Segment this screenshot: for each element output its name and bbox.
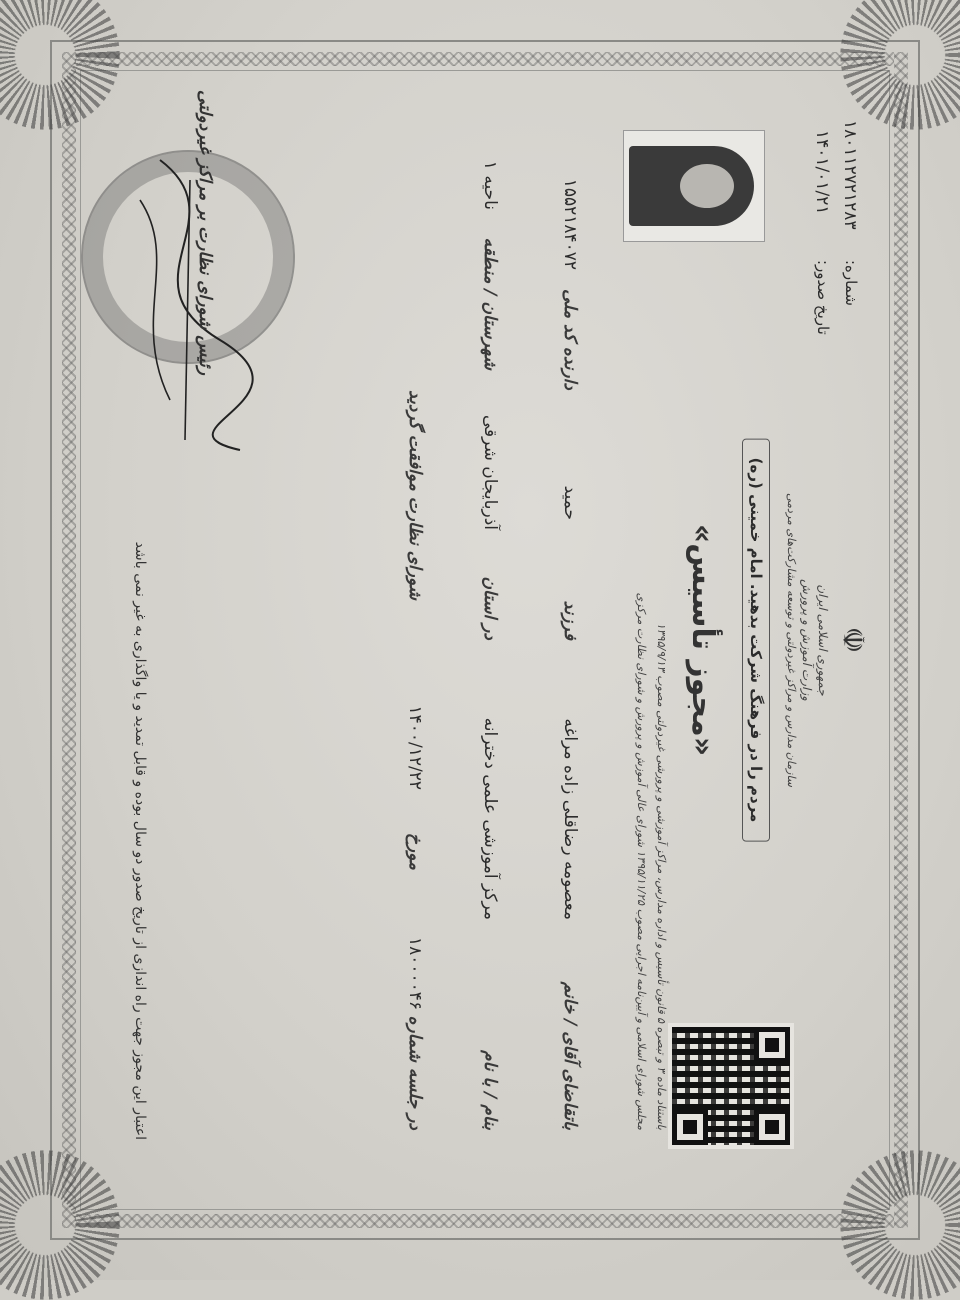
legal-text-line: باستناد ماده ۳ و تبصره ۵ قانون تأسیس و ا…	[655, 150, 668, 1130]
national-code: ۱۵۵۲۱۸۴۰۷۲	[560, 179, 580, 270]
center-name-label: بنام / با نام	[480, 1050, 500, 1130]
validity-footer: اعتبار این مجوز جهت راه اندازی از تاریخ …	[132, 140, 148, 1140]
city-label: شهرستان / منطقه	[480, 238, 500, 370]
qr-code-icon	[672, 1027, 790, 1145]
number-label: شماره:	[842, 260, 860, 306]
certificate-page: ☫ جمهوری اسلامی ایران وزارت آموزش و پرور…	[0, 0, 960, 1280]
applicant-name: معصومه رضاقلی زاده مراغه	[560, 718, 580, 920]
meeting-date: ۱۴۰۰/۱۲/۲۲	[405, 705, 425, 790]
location-row: بنام / با نام مرکز آموزشی علمی دخترانه د…	[464, 120, 500, 1160]
center-name: مرکز آموزشی علمی دخترانه	[480, 718, 500, 920]
meeting-row: در جلسه شماره ۱۸۰۰۰۰۴۶ مورخ ۱۴۰۰/۱۲/۲۲ ش…	[389, 120, 425, 1160]
issue-date: ۱۴۰۱/۰۱/۲۱	[812, 130, 832, 215]
meeting-number: ۱۸۰۰۰۰۴۶	[405, 937, 425, 1010]
province: آذربایجان شرقی	[480, 415, 500, 530]
child-of-label: فرزند	[560, 601, 580, 640]
approval-text: شورای نظارت موافقت گردید	[405, 390, 425, 600]
father-name: حمید	[560, 486, 580, 520]
city: ناحیه ۱	[480, 161, 500, 210]
certificate-number: ۱۸۰۱۱۲۷۲۱۲۸۳	[840, 120, 860, 230]
applicant-label: باتقاضای آقای / خانم	[560, 982, 580, 1130]
iran-emblem-icon: ☫	[835, 627, 870, 654]
national-code-label: دارنده کد ملی	[560, 289, 580, 390]
motto-box: مردم را در فرهنگ شرکت بدهید. امام خمینی …	[742, 439, 770, 842]
issue-date-label: تاریخ صدور:	[814, 260, 832, 335]
meeting-date-label: مورخ	[405, 833, 425, 870]
meeting-label: در جلسه شماره	[405, 1016, 425, 1130]
applicant-photo	[623, 130, 765, 242]
legal-text-line: مجلس شورای اسلامی و آیین‌نامه اجرایی مصو…	[635, 150, 648, 1130]
province-label: در استان	[480, 577, 500, 640]
signatory-title: رئیس شورای نظارت بر مراکز غیردولتی	[195, 90, 215, 375]
applicant-row: باتقاضای آقای / خانم معصومه رضاقلی زاده …	[544, 120, 580, 1160]
